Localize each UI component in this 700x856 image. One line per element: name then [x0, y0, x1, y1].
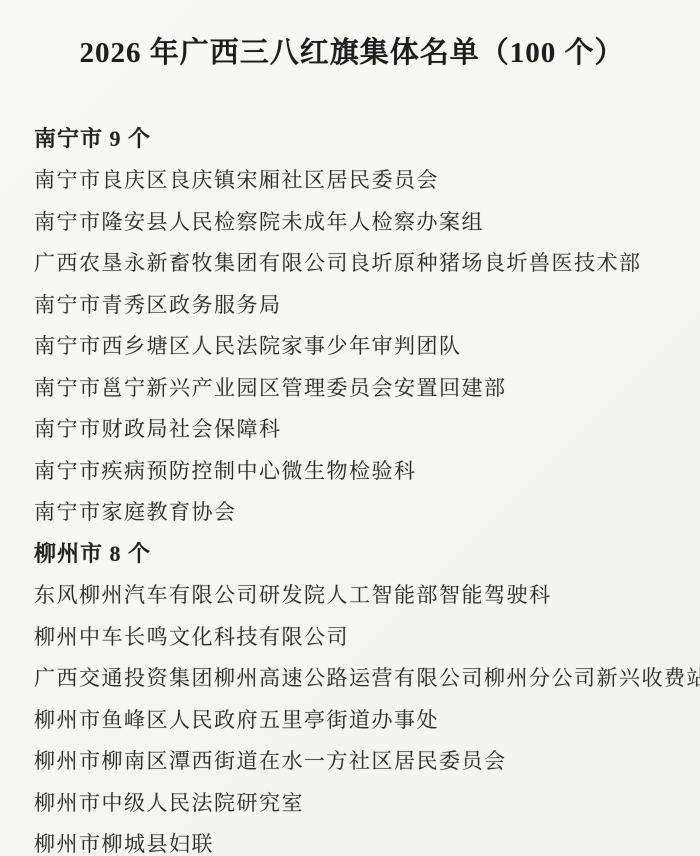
list-item: 南宁市邕宁新兴产业园区管理委员会安置回建部	[34, 366, 670, 408]
document-page: 2026 年广西三八红旗集体名单（100 个） 南宁市 9 个 南宁市良庆区良庆…	[0, 0, 700, 856]
list-item: 柳州市柳城县妇联	[34, 823, 670, 856]
name-list: 南宁市 9 个 南宁市良庆区良庆镇宋厢社区居民委员会 南宁市隆安县人民检察院未成…	[34, 117, 670, 856]
list-item: 南宁市西乡塘区人民法院家事少年审判团队	[34, 325, 670, 367]
list-item: 南宁市财政局社会保障科	[34, 408, 670, 450]
list-item: 南宁市疾病预防控制中心微生物检验科	[34, 449, 670, 491]
list-item: 东风柳州汽车有限公司研发院人工智能部智能驾驶科	[34, 574, 670, 616]
list-item: 柳州市鱼峰区人民政府五里亭街道办事处	[34, 698, 670, 740]
list-item: 南宁市隆安县人民检察院未成年人检察办案组	[34, 200, 670, 242]
section-header-liuzhou: 柳州市 8 个	[34, 532, 670, 574]
list-item: 柳州中车长鸣文化科技有限公司	[34, 615, 670, 657]
list-item: 南宁市青秀区政务服务局	[34, 283, 670, 325]
list-item: 广西农垦永新畜牧集团有限公司良圻原种猪场良圻兽医技术部	[34, 242, 670, 284]
list-item: 柳州市柳南区潭西街道在水一方社区居民委员会	[34, 740, 670, 782]
list-item: 柳州市中级人民法院研究室	[34, 781, 670, 823]
list-item: 南宁市家庭教育协会	[34, 491, 670, 533]
list-item: 南宁市良庆区良庆镇宋厢社区居民委员会	[34, 159, 670, 201]
list-item: 广西交通投资集团柳州高速公路运营有限公司柳州分公司新兴收费站	[34, 657, 670, 699]
document-title: 2026 年广西三八红旗集体名单（100 个）	[34, 24, 670, 71]
section-header-nanning: 南宁市 9 个	[34, 117, 670, 159]
